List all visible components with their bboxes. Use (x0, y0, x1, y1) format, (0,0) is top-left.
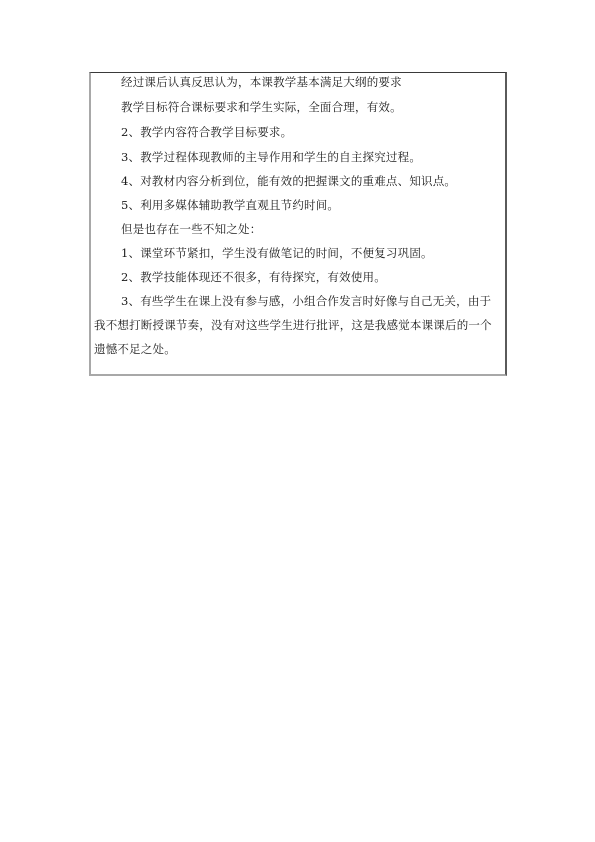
paragraph-point-4: 4、对教材内容分析到位，能有效的把握课文的重难点、知识点。 (121, 174, 456, 188)
paragraph-goal: 教学目标符合课标要求和学生实际，全面合理，有效。 (121, 100, 402, 114)
paragraph-shortcoming-3: 3、有些学生在课上没有参与感，小组合作发言时好像与自己无关，由于 (121, 294, 491, 308)
paragraph-shortcoming-3-end: 遗憾不足之处。 (94, 342, 176, 356)
paragraph-intro: 经过课后认真反思认为，本课教学基本满足大纲的要求 (121, 75, 402, 89)
paragraph-shortcoming-1: 1、课堂环节紧扣，学生没有做笔记的时间，不便复习巩固。 (121, 246, 433, 260)
paragraph-shortcoming-3-cont: 我不想打断授课节奏，没有对这些学生进行批评，这是我感觉本课课后的一个 (94, 318, 492, 332)
paragraph-point-5: 5、利用多媒体辅助教学直观且节约时间。 (121, 198, 339, 212)
paragraph-shortcoming-2: 2、教学技能体现还不很多，有待探究，有效使用。 (121, 270, 386, 284)
paragraph-point-3: 3、教学过程体现教师的主导作用和学生的自主探究过程。 (121, 150, 421, 164)
paragraph-point-2: 2、教学内容符合教学目标要求。 (121, 125, 292, 139)
reflection-table-cell: 经过课后认真反思认为，本课教学基本满足大纲的要求 教学目标符合课标要求和学生实际… (89, 72, 507, 376)
paragraph-shortcomings-heading: 但是也存在一些不知之处： (121, 222, 261, 236)
